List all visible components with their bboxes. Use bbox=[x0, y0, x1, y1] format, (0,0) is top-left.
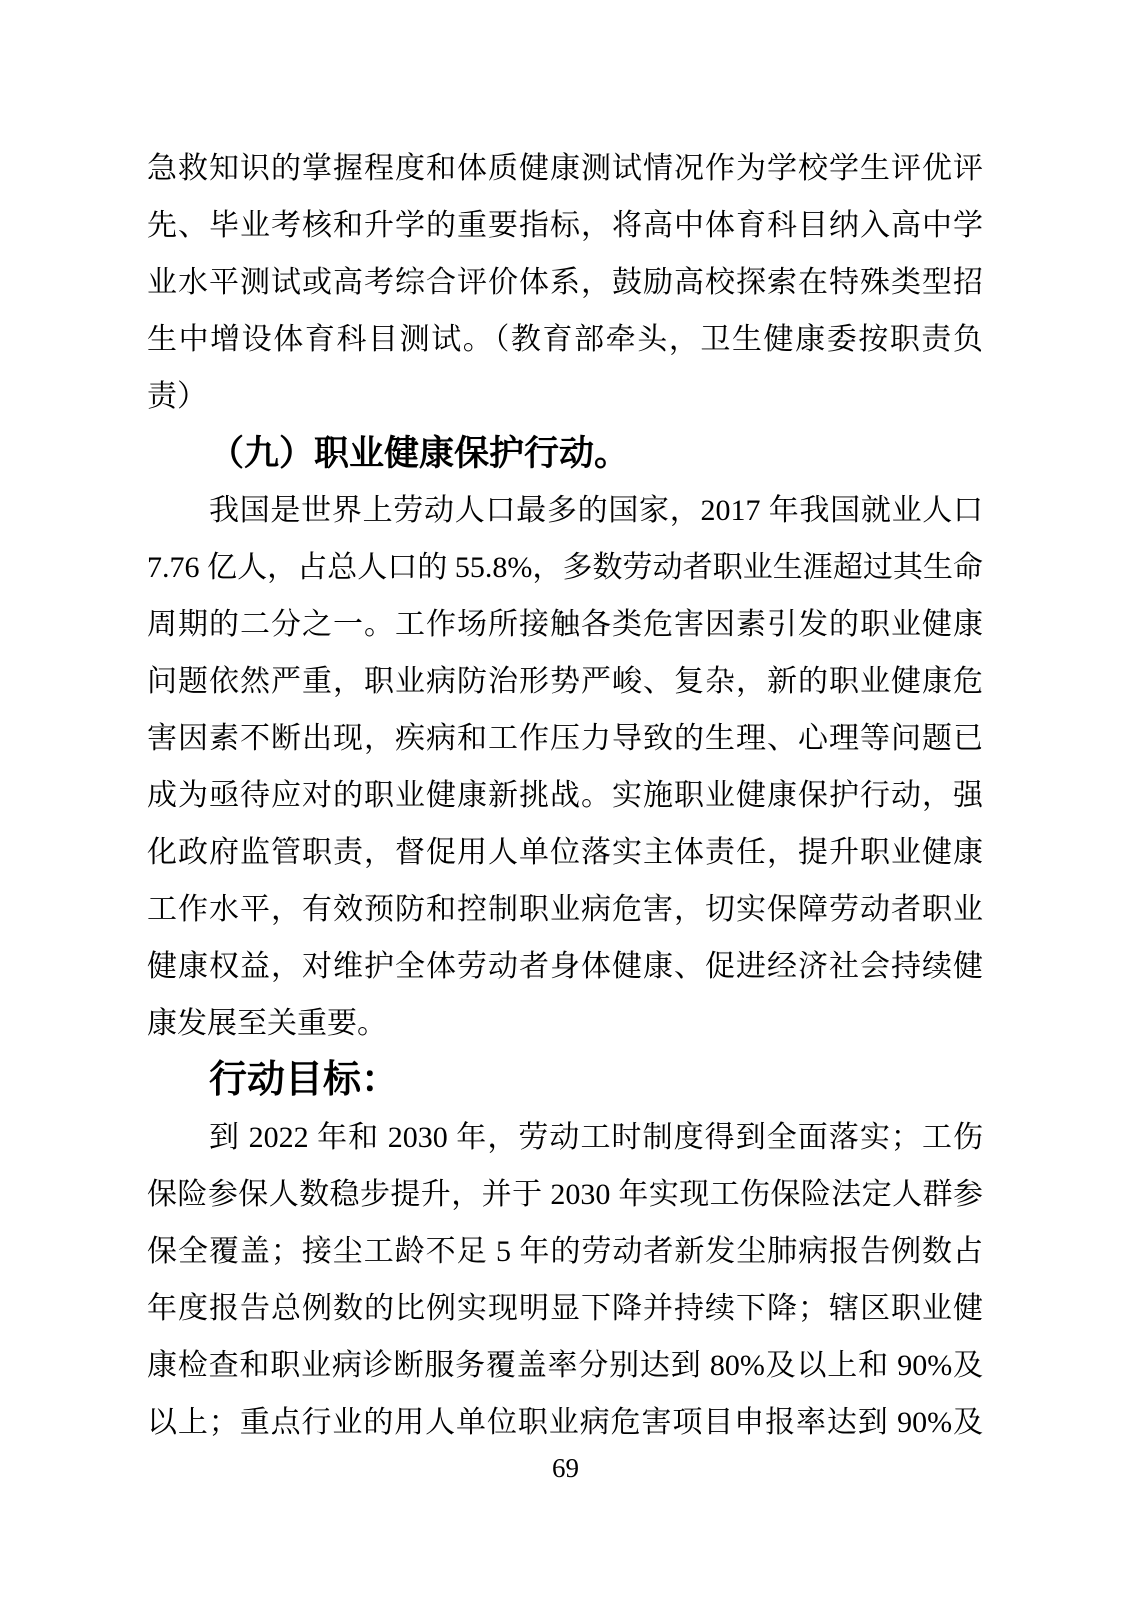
text-line: 成为亟待应对的职业健康新挑战。实施职业健康保护行动，强 bbox=[147, 767, 983, 824]
heading-block: （九）职业健康保护行动。 bbox=[147, 425, 983, 482]
text-segment: 急救知识的掌握程度和体质健康测试情况作为学校学生评优评 bbox=[147, 152, 983, 185]
text-segment: 保险参保人数稳步提升，并于 2030 年实现工伤保险法定人群参 bbox=[147, 1178, 983, 1211]
text-segment: 成为亟待应对的职业健康新挑战。实施职业健康保护行动，强 bbox=[147, 779, 983, 812]
text-line: 康发展至关重要。 bbox=[147, 995, 983, 1052]
text-segment: 保全覆盖；接尘工龄不足 5 年的劳动者新发尘肺病报告例数占 bbox=[147, 1235, 983, 1268]
text-line: 保全覆盖；接尘工龄不足 5 年的劳动者新发尘肺病报告例数占 bbox=[147, 1223, 983, 1280]
text-line: 保险参保人数稳步提升，并于 2030 年实现工伤保险法定人群参 bbox=[147, 1166, 983, 1223]
text-segment: 到 2022 年和 2030 年，劳动工时制度得到全面落实；工伤 bbox=[209, 1121, 983, 1154]
text-body: 急救知识的掌握程度和体质健康测试情况作为学校学生评优评先、毕业考核和升学的重要指… bbox=[147, 140, 983, 1451]
text-segment: 害因素不断出现，疾病和工作压力导致的生理、心理等问题已 bbox=[147, 722, 983, 755]
text-line: 健康权益，对维护全体劳动者身体健康、促进经济社会持续健 bbox=[147, 938, 983, 995]
text-segment: 年度报告总例数的比例实现明显下降并持续下降；辖区职业健 bbox=[147, 1292, 983, 1325]
text-line: 生中增设体育科目测试。（教育部牵头，卫生健康委按职责负 bbox=[147, 311, 983, 368]
text-segment: 我国是世界上劳动人口最多的国家，2017 年我国就业人口 bbox=[209, 494, 983, 527]
page-number: 69 bbox=[0, 1448, 1131, 1488]
text-line: 化政府监管职责，督促用人单位落实主体责任，提升职业健康 bbox=[147, 824, 983, 881]
text-segment: 问题依然严重，职业病防治形势严峻、复杂，新的职业健康危 bbox=[147, 665, 983, 698]
text-line: 周期的二分之一。工作场所接触各类危害因素引发的职业健康 bbox=[147, 596, 983, 653]
body-block: 我国是世界上劳动人口最多的国家，2017 年我国就业人口7.76 亿人，占总人口… bbox=[147, 482, 983, 1052]
text-segment: 康检查和职业病诊断服务覆盖率分别达到 80%及以上和 90%及 bbox=[147, 1349, 983, 1382]
text-segment: 健康权益，对维护全体劳动者身体健康、促进经济社会持续健 bbox=[147, 950, 983, 983]
text-segment: 先、毕业考核和升学的重要指标，将高中体育科目纳入高中学 bbox=[147, 209, 983, 242]
text-line: 急救知识的掌握程度和体质健康测试情况作为学校学生评优评 bbox=[147, 140, 983, 197]
text-segment: 以上；重点行业的用人单位职业病危害项目申报率达到 90%及 bbox=[147, 1406, 983, 1439]
text-line: 我国是世界上劳动人口最多的国家，2017 年我国就业人口 bbox=[147, 482, 983, 539]
text-line: 责） bbox=[147, 368, 983, 425]
text-segment: 7.76 亿人，占总人口的 55.8%，多数劳动者职业生涯超过其生命 bbox=[147, 551, 983, 584]
kai-text-segment: （教育部牵头，卫生健康委按职责负 bbox=[494, 323, 983, 356]
text-line: 康检查和职业病诊断服务覆盖率分别达到 80%及以上和 90%及 bbox=[147, 1337, 983, 1394]
text-line: 7.76 亿人，占总人口的 55.8%，多数劳动者职业生涯超过其生命 bbox=[147, 539, 983, 596]
subheading-block: 行动目标： bbox=[147, 1052, 983, 1109]
text-segment: 化政府监管职责，督促用人单位落实主体责任，提升职业健康 bbox=[147, 836, 983, 869]
body-block: 急救知识的掌握程度和体质健康测试情况作为学校学生评优评先、毕业考核和升学的重要指… bbox=[147, 140, 983, 425]
text-line: （九）职业健康保护行动。 bbox=[147, 425, 983, 482]
text-line: 行动目标： bbox=[147, 1052, 983, 1109]
text-line: 工作水平，有效预防和控制职业病危害，切实保障劳动者职业 bbox=[147, 881, 983, 938]
text-segment: 工作水平，有效预防和控制职业病危害，切实保障劳动者职业 bbox=[147, 893, 983, 926]
body-block: 到 2022 年和 2030 年，劳动工时制度得到全面落实；工伤保险参保人数稳步… bbox=[147, 1109, 983, 1451]
text-segment: 康发展至关重要。 bbox=[147, 1007, 387, 1040]
text-segment: 生中增设体育科目测试。 bbox=[147, 323, 494, 356]
text-line: 问题依然严重，职业病防治形势严峻、复杂，新的职业健康危 bbox=[147, 653, 983, 710]
text-line: 年度报告总例数的比例实现明显下降并持续下降；辖区职业健 bbox=[147, 1280, 983, 1337]
kai-text-segment: 责） bbox=[147, 380, 207, 413]
text-segment: 周期的二分之一。工作场所接触各类危害因素引发的职业健康 bbox=[147, 608, 983, 641]
text-segment: （九）职业健康保护行动。 bbox=[209, 434, 629, 473]
text-segment: 行动目标： bbox=[209, 1059, 399, 1101]
text-line: 以上；重点行业的用人单位职业病危害项目申报率达到 90%及 bbox=[147, 1394, 983, 1451]
text-segment: 业水平测试或高考综合评价体系，鼓励高校探索在特殊类型招 bbox=[147, 266, 983, 299]
text-line: 先、毕业考核和升学的重要指标，将高中体育科目纳入高中学 bbox=[147, 197, 983, 254]
text-line: 到 2022 年和 2030 年，劳动工时制度得到全面落实；工伤 bbox=[147, 1109, 983, 1166]
text-line: 害因素不断出现，疾病和工作压力导致的生理、心理等问题已 bbox=[147, 710, 983, 767]
text-line: 业水平测试或高考综合评价体系，鼓励高校探索在特殊类型招 bbox=[147, 254, 983, 311]
document-page: 急救知识的掌握程度和体质健康测试情况作为学校学生评优评先、毕业考核和升学的重要指… bbox=[0, 0, 1131, 1600]
